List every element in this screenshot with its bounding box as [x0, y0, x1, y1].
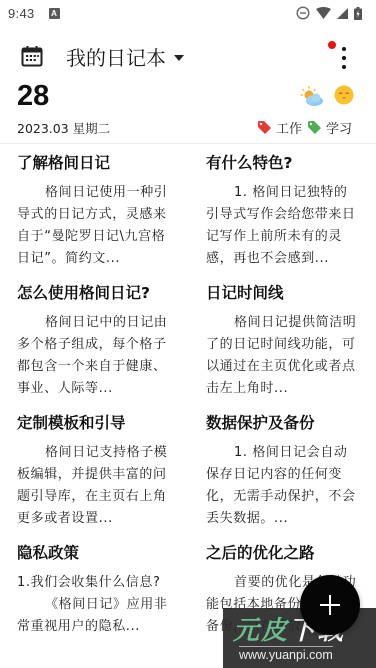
date-weekday: 2023.03 星期二	[17, 119, 110, 137]
diary-card[interactable]: 隐私政策 1.我们会收集什么信息? 《格间日记》应用非常重视用户的隐私...	[0, 534, 188, 664]
card-title: 有什么特色?	[206, 152, 359, 174]
signal-icon	[337, 8, 348, 19]
tag-label: 学习	[326, 118, 352, 137]
do-not-disturb-icon	[296, 6, 310, 20]
diary-card[interactable]: 有什么特色? 1. 格间日记独特的引导式写作会给您带来日记写作上前所未有的灵感，…	[188, 144, 376, 274]
card-body: 1. 格间日记独特的引导式写作会给您带来日记写作上前所未有的灵感，再也不会感到.…	[206, 182, 359, 270]
notebook-selector[interactable]: 我的日记本	[66, 42, 184, 71]
tag-icon	[308, 121, 321, 134]
notebook-title: 我的日记本	[66, 42, 166, 71]
status-bar: 9:43 A	[0, 0, 376, 26]
mood-content-face-icon[interactable]	[334, 85, 354, 105]
card-body: 格间日记中的日记由多个格子组成，每个格子都包含一个来自于健康、事业、人际等...	[17, 312, 171, 400]
card-body: 1.我们会收集什么信息? 《格间日记》应用非常重视用户的隐私...	[17, 572, 171, 638]
status-time: 9:43	[8, 6, 35, 21]
more-options-icon[interactable]	[338, 46, 350, 70]
notification-a-icon: A	[49, 8, 60, 19]
caret-down-icon	[174, 55, 184, 61]
diary-card[interactable]: 数据保护及备份 1. 格间日记会自动保存日记内容的任何变化，无需手动保护，不会丢…	[188, 404, 376, 534]
card-title: 怎么使用格间日记?	[17, 282, 171, 304]
notification-dot	[328, 41, 336, 49]
tag-label: 工作	[276, 118, 302, 137]
card-title: 数据保护及备份	[206, 412, 359, 434]
wifi-icon	[316, 7, 331, 19]
card-title: 了解格间日记	[17, 152, 171, 174]
diary-card[interactable]: 日记时间线 格间日记提供简洁明了的日记时间线功能，可以通过在主页优化或者点击左上…	[188, 274, 376, 404]
tag-work[interactable]: 工作	[258, 118, 302, 137]
calendar-icon[interactable]	[21, 45, 43, 67]
partly-cloudy-icon[interactable]	[300, 85, 324, 107]
app-bar: 我的日记本	[0, 36, 376, 76]
card-title: 日记时间线	[206, 282, 359, 304]
card-title: 隐私政策	[17, 542, 171, 564]
tag-list: 工作 学习	[258, 118, 352, 137]
diary-card[interactable]: 了解格间日记 格间日记使用一种引导式的日记方式，灵感来自于“曼陀罗日记\九宫格日…	[0, 144, 188, 274]
card-title: 定制模板和引导	[17, 412, 171, 434]
card-body: 格间日记使用一种引导式的日记方式，灵感来自于“曼陀罗日记\九宫格日记”。简约文.…	[17, 182, 171, 270]
tag-icon	[258, 121, 271, 134]
card-body: 格间日记提供简洁明了的日记时间线功能，可以通过在主页优化或者点击左上角时...	[206, 312, 359, 400]
diary-card[interactable]: 定制模板和引导 格间日记支持格子模板编辑，并提供丰富的问题引导库，在主页右上角更…	[0, 404, 188, 534]
tag-study[interactable]: 学习	[308, 118, 352, 137]
status-icons	[296, 6, 362, 20]
day-number: 28	[17, 80, 49, 113]
card-body: 格间日记支持格子模板编辑，并提供丰富的问题引导库，在主页右上角更多或者设置...	[17, 442, 171, 530]
watermark-url: www.yuanpi.com	[239, 646, 333, 662]
diary-card[interactable]: 怎么使用格间日记? 格间日记中的日记由多个格子组成，每个格子都包含一个来自于健康…	[0, 274, 188, 404]
card-body: 1. 格间日记会自动保存日记内容的任何变化，无需手动保护，不会丢失数据。...	[206, 442, 359, 530]
plus-icon	[320, 595, 340, 615]
battery-charging-icon	[354, 7, 362, 20]
card-title: 之后的优化之路	[206, 542, 359, 564]
add-entry-button[interactable]	[300, 575, 360, 635]
